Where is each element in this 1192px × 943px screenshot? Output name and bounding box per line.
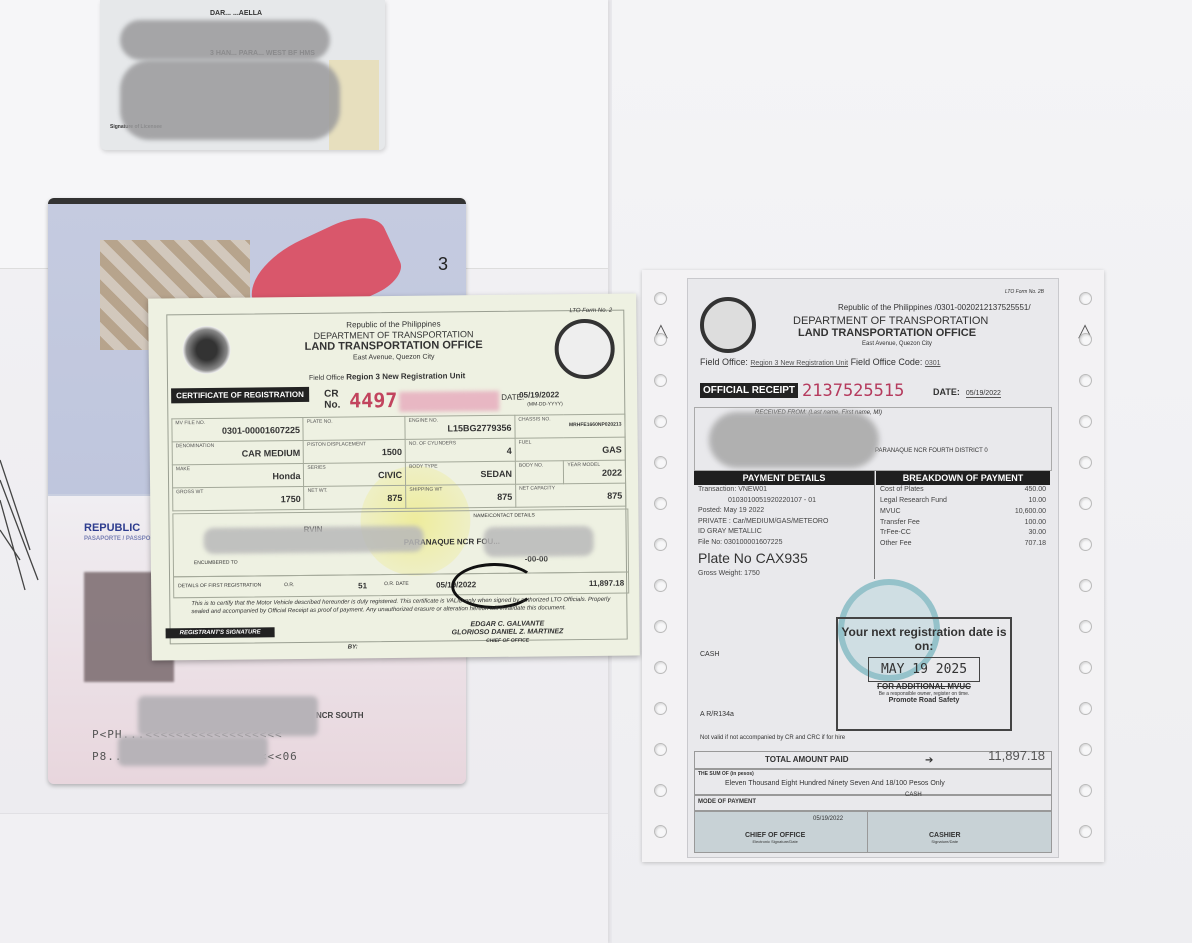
field-office-code-label: Field Office Code: — [851, 357, 923, 367]
passport-header: REPUBLIC — [84, 522, 140, 534]
redaction — [138, 696, 318, 736]
certificate-of-registration: LTO Form No. 2 Republic of the Philippin… — [148, 293, 640, 660]
perforation-hole — [1079, 374, 1092, 387]
cr-date: 05/19/2022 — [519, 390, 559, 399]
ar-label: A R/R134a — [700, 711, 734, 718]
perforation-hole — [1079, 825, 1092, 838]
cr-office: LAND TRANSPORTATION OFFICE — [279, 339, 509, 355]
additional-mvuc: FOR ADDITIONAL MVUC — [838, 682, 1010, 691]
received-from: RECEIVED FROM: (Last name, First name, M… — [694, 407, 1052, 471]
first-reg-label: DETAILS OF FIRST REGISTRATION — [178, 582, 261, 589]
id-name: DAR... ...AELLA — [210, 10, 262, 17]
mode-label: MODE OF PAYMENT — [698, 799, 756, 805]
next-reg-date: MAY 19 2025 — [868, 657, 980, 682]
arrow-right-icon: ➔ — [925, 755, 933, 766]
receipt-body: LTO Form No. 2B Republic of the Philippi… — [687, 278, 1059, 858]
payment-breakdown: Cost of Plates450.00 Legal Research Fund… — [880, 485, 1046, 550]
perforated-strip-right — [1068, 270, 1104, 862]
perforation-hole — [1079, 784, 1092, 797]
perforation-hole — [654, 825, 667, 838]
or-address-value: PARANAQUE NCR FOURTH DISTRICT 0 — [875, 448, 988, 454]
perforation-hole — [654, 579, 667, 592]
sum-label: THE SUM OF (in pesos) — [698, 771, 754, 777]
dotr-seal-icon — [182, 326, 231, 375]
total-amount: 11,897.18 — [988, 748, 1045, 763]
redaction — [709, 412, 879, 468]
payment-details-header: PAYMENT DETAILS — [694, 471, 874, 485]
drivers-license-card: DAR... ...AELLA 3 HAN... PARA... WEST BF… — [100, 0, 385, 150]
payment-details: Transaction: VNEW01 0103010051920220107 … — [698, 485, 874, 580]
redaction — [118, 736, 268, 766]
field-office-value: Region 3 New Registration Unit — [346, 371, 465, 381]
signatories: EDGAR C. GALVANTE GLORIOSO DANIEL Z. MAR… — [452, 620, 564, 644]
not-valid-text: Not valid if not accompanied by CR and C… — [700, 735, 845, 741]
pen-scribble — [0, 440, 40, 600]
slogan: Promote Road Safety — [838, 697, 1010, 704]
perforation-hole — [654, 784, 667, 797]
passport-subheader: PASAPORTE / PASSPORT — [84, 536, 158, 542]
cr-number: 4497 — [349, 388, 397, 413]
perforation-hole — [654, 702, 667, 715]
perforation-hole — [654, 374, 667, 387]
perforation-hole — [1079, 743, 1092, 756]
lto-seal-icon — [554, 319, 615, 380]
field-office-code: 0301 — [925, 360, 941, 367]
next-registration-stamp: Your next registration date is on: MAY 1… — [836, 617, 1012, 731]
field-office-value: Region 3 New Registration Unit — [750, 360, 848, 367]
or-date-label: O.R. DATE — [384, 581, 409, 587]
or-address: East Avenue, Quezon City — [862, 341, 932, 347]
perforation-hole — [654, 743, 667, 756]
cr-date-format: (MM-DD-YYYY) — [527, 401, 563, 407]
perforation-hole — [1079, 415, 1092, 428]
encumbered-label: ENCUMBERED TO — [194, 560, 238, 566]
or-office: LAND TRANSPORTATION OFFICE — [798, 327, 976, 339]
perforation-hole — [1079, 333, 1092, 346]
contact-label: NAME/CONTACT DETAILS — [473, 513, 534, 520]
official-receipt: △ △ LTO Form No. 2B Republic of the Phil… — [642, 270, 1104, 862]
signature-row: 05/19/2022 CHIEF OF OFFICEElectronic Sig… — [694, 811, 1052, 853]
perforated-strip-left — [642, 270, 678, 862]
page-number: 3 — [438, 254, 448, 275]
or-field-office: Field Office: Region 3 New Registration … — [700, 357, 941, 367]
lto-seal-icon — [700, 297, 756, 353]
signatory-title: CHIEF OF OFFICE — [452, 637, 564, 644]
perforation-hole — [1079, 497, 1092, 510]
perforation-hole — [1079, 538, 1092, 551]
perforation-hole — [1079, 620, 1092, 633]
total-row: TOTAL AMOUNT PAID ➔ 11,897.18 — [694, 751, 1052, 769]
breakdown-header: BREAKDOWN OF PAYMENT — [876, 471, 1050, 485]
or-label: O.R. — [284, 582, 294, 588]
perforation-hole — [654, 661, 667, 674]
perforation-hole — [1079, 579, 1092, 592]
cashier: CASHIERSignature/Date — [929, 832, 961, 844]
redaction — [399, 391, 499, 412]
by-label: BY: — [348, 644, 358, 650]
divider — [874, 471, 875, 579]
perforation-hole — [654, 620, 667, 633]
owner-details: NAME/CONTACT DETAILS RVIN PARANAQUE NCR … — [172, 509, 629, 578]
receipt-number: 2137525515 — [802, 381, 904, 401]
or-number: 51 — [358, 581, 367, 590]
next-reg-heading: Your next registration date is on: — [838, 625, 1010, 653]
mode-of-payment: MODE OF PAYMENT CASH — [694, 795, 1052, 811]
perforation-hole — [654, 415, 667, 428]
or-republic: Republic of the Philippines /0301-002021… — [838, 303, 1031, 312]
perforation-hole — [654, 456, 667, 469]
cr-header: Republic of the Philippines DEPARTMENT O… — [278, 319, 508, 363]
or-date: DATE:05/19/2022 — [933, 387, 1001, 397]
redaction — [120, 20, 330, 60]
perforation-hole — [654, 538, 667, 551]
field-office-label: Field Office — [309, 375, 344, 382]
chief-of-office: CHIEF OF OFFICEElectronic Signature/Date — [745, 832, 805, 844]
mode-value: CASH — [905, 792, 922, 798]
or-form-no: LTO Form No. 2B — [1005, 289, 1044, 295]
vehicle-details-table: MV FILE NO.0301-00001607225 PLATE NO. EN… — [171, 414, 626, 512]
cr-form-no: LTO Form No. 2 — [569, 308, 612, 314]
or-department: DEPARTMENT OF TRANSPORTATION — [793, 315, 988, 327]
redaction — [204, 526, 424, 554]
sum-words: Eleven Thousand Eight Hundred Ninety Sev… — [725, 780, 945, 787]
perforation-hole — [654, 292, 667, 305]
field-office-label: Field Office: — [700, 357, 748, 367]
background-paper-bottom — [0, 813, 608, 943]
chief-date: 05/19/2022 — [813, 816, 843, 822]
perforation-hole — [1079, 292, 1092, 305]
perforation-hole — [654, 333, 667, 346]
signatory-2: GLORIOSO DANIEL Z. MARTINEZ — [452, 629, 564, 639]
cr-title: CERTIFICATE OF REGISTRATION — [171, 387, 309, 403]
perforation-hole — [1079, 456, 1092, 469]
cash-label: CASH — [700, 651, 719, 658]
registrant-signature-label: REGISTRANT'S SIGNATURE — [166, 627, 275, 638]
total-label: TOTAL AMOUNT PAID — [765, 755, 849, 764]
divider — [867, 812, 868, 852]
amount: 11,897.18 — [589, 579, 624, 588]
perforation-hole — [654, 497, 667, 510]
sum-row: THE SUM OF (in pesos) Eleven Thousand Ei… — [694, 769, 1052, 795]
or-title: OFFICIAL RECEIPT — [700, 383, 798, 398]
redaction — [120, 60, 340, 140]
cr-field-office: Field Office Region 3 New Registration U… — [309, 371, 465, 382]
cr-no-label: CR No. — [324, 388, 346, 410]
perforation-hole — [1079, 702, 1092, 715]
passport-address: NCR SOUTH — [316, 711, 364, 720]
redaction — [484, 526, 594, 557]
perforation-hole — [1079, 661, 1092, 674]
